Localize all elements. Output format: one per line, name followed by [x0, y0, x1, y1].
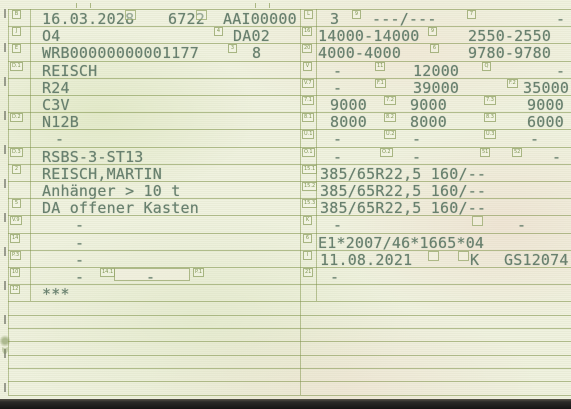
field-code-label: 2	[12, 165, 21, 174]
grid-hline	[8, 395, 571, 396]
field-code-label: K	[303, 216, 312, 225]
grid-hline	[8, 368, 571, 369]
cut-row-tick	[76, 3, 77, 8]
field-code-label: P.1	[193, 268, 204, 277]
field-code-label: V.7	[302, 79, 314, 88]
field-code-label: J	[12, 27, 21, 36]
field-code-label: P.3	[10, 251, 21, 260]
field-code-label: 5	[12, 199, 21, 208]
field-code-label: O.2	[380, 148, 393, 157]
field-code-label: 11	[375, 62, 385, 71]
field-code-label: 12	[10, 285, 20, 294]
grid-hline	[8, 355, 571, 356]
grid-hline	[8, 315, 571, 316]
field-code-label: 21	[303, 268, 313, 277]
form-row: C3V7.190007.290007.39000	[0, 95, 571, 112]
field-code-label: B	[12, 10, 21, 19]
form-row: 12***	[0, 284, 571, 301]
field-code-label: 9	[352, 10, 361, 19]
grid-hline	[8, 301, 571, 302]
field-code-label: 15.1	[302, 165, 317, 174]
form-row: R24V.7-F.139000F.235000	[0, 78, 571, 95]
field-code-label: 3	[228, 44, 237, 53]
field-box	[458, 251, 469, 261]
form-row: 10-14.1-P.121-	[0, 267, 571, 284]
field-code-label: 6	[303, 234, 312, 243]
field-code-label: Q	[482, 62, 491, 71]
form-row: 5DA offener Kasten15.3385/65R22,5 160/--	[0, 198, 571, 215]
cut-row-tick	[255, 3, 256, 8]
field-code-label: D.1	[10, 62, 23, 71]
field-box	[196, 10, 207, 20]
field-code-label: 14	[10, 234, 20, 243]
field-code-label: 7	[467, 10, 476, 19]
field-code-label: U.1	[302, 130, 314, 139]
field-code-label: 6	[430, 44, 439, 53]
field-code-label: V.9	[10, 216, 22, 225]
field-code-label: F.1	[375, 79, 386, 88]
field-code-label: 7.2	[384, 96, 396, 105]
grid-hline	[8, 341, 571, 342]
form-row: V.9-K--	[0, 215, 571, 232]
form-row: JO44DA021614000-1400092550-2550	[0, 26, 571, 43]
field-box	[428, 251, 439, 261]
form-row: Anhänger > 10 t15.2385/65R22,5 160/--	[0, 181, 571, 198]
form-row: D.3RSBS-3-ST13O.1-O.2-5152-	[0, 147, 571, 164]
field-code-label: 7.1	[302, 96, 314, 105]
field-code-label: 8.2	[384, 113, 396, 122]
field-code-label: 51	[480, 148, 490, 157]
cut-row-tick	[269, 3, 270, 8]
field-code-label: U.3	[484, 130, 496, 139]
field-code-label: V	[303, 62, 312, 71]
field-code-label: 14.1	[100, 268, 115, 277]
field-code-label: 52	[512, 148, 522, 157]
field-code-label: L	[304, 10, 313, 19]
field-code-label: I	[303, 251, 312, 260]
form-row: B16.03.20286722AAI00000L39---/---7-	[0, 9, 571, 26]
cut-row-tick	[90, 3, 91, 8]
field-code-label: 10	[10, 268, 20, 277]
field-code-label: E	[12, 44, 21, 53]
grid-hline	[8, 381, 571, 382]
form-row: P.3-I11.08.2021KGS12074	[0, 250, 571, 267]
form-row: 14-6E1*2007/46*1665*04	[0, 233, 571, 250]
grid-hline	[8, 328, 571, 329]
field-code-label: D.3	[10, 148, 23, 157]
field-code-label: F.2	[507, 79, 518, 88]
scan-edge-bar	[0, 399, 571, 409]
field-code-label: 16	[302, 27, 312, 36]
scanned-document: B16.03.20286722AAI00000L39---/---7-JO44D…	[0, 0, 571, 409]
field-code-label: 8.3	[484, 113, 496, 122]
field-code-label: O.1	[302, 148, 315, 157]
field-code-label: 8.1	[302, 113, 314, 122]
field-code-label: 20	[302, 44, 312, 53]
field-value: ***	[42, 285, 70, 303]
field-code-label: 15.2	[302, 182, 317, 191]
form-row: D.1REISCHV-1112000Q-	[0, 61, 571, 78]
field-code-label: U.2	[384, 130, 396, 139]
form-row: D.2N12B8.180008.280008.36000	[0, 112, 571, 129]
field-box	[472, 216, 483, 226]
field-code-label: 4	[214, 27, 223, 36]
field-box	[125, 10, 136, 20]
field-code-label: D.2	[10, 113, 23, 122]
field-code-label: 15.3	[302, 199, 317, 208]
form-row: 2REISCH,MARTIN15.1385/65R22,5 160/--	[0, 164, 571, 181]
field-code-label: 9	[428, 27, 437, 36]
field-code-label: 7.3	[484, 96, 496, 105]
form-row: -U.1-U.2-U.3-	[0, 129, 571, 146]
form-row: EWRB0000000000117738204000-400069780-978…	[0, 43, 571, 60]
